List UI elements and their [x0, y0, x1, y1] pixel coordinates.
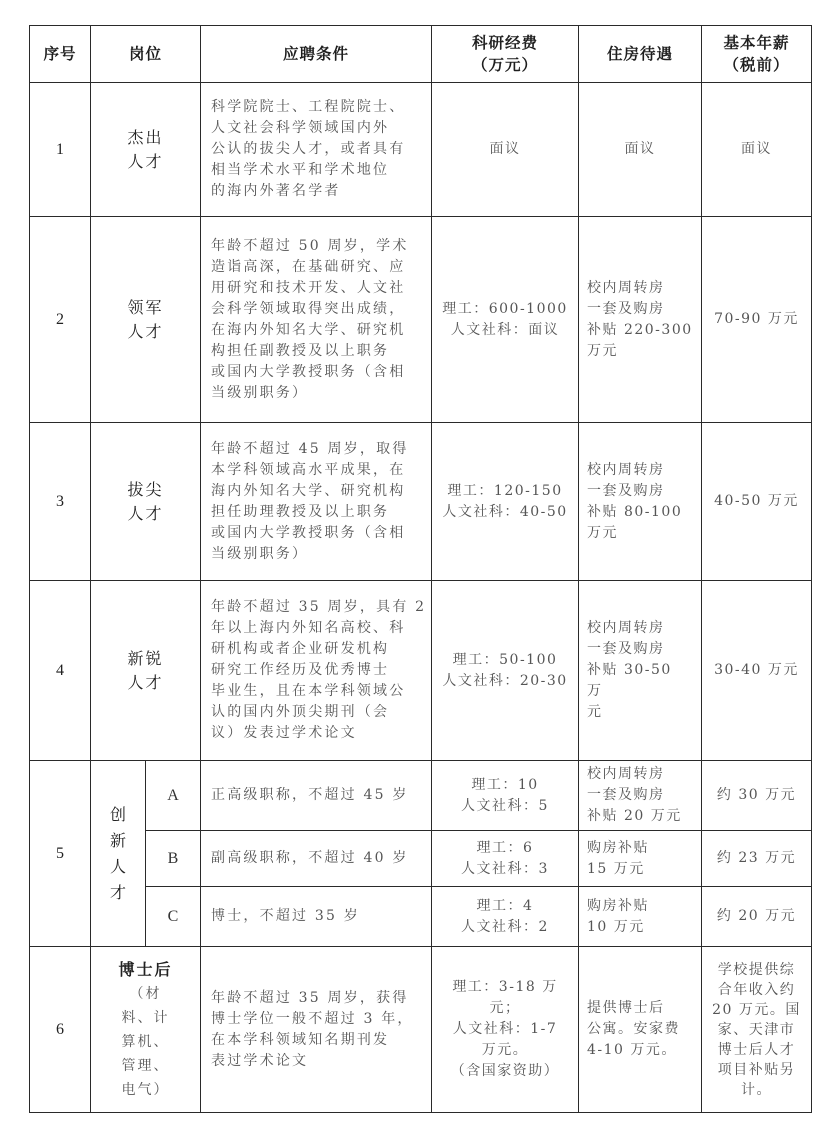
housing-cell: 面议	[579, 83, 702, 217]
salary-cell: 40-50 万元	[702, 423, 812, 581]
row-no: 5	[30, 761, 91, 947]
salary-cell: 学校提供综 合年收入约 20 万元。国 家、天津市 博士后人才 项目补贴另 计。	[702, 947, 812, 1113]
table-row: 3 拔尖 人才 年龄不超过 45 周岁，取得 本学科领域高水平成果，在 海内外知…	[30, 423, 812, 581]
position-name: 领军 人才	[91, 217, 201, 423]
requirements-cell: 年龄不超过 50 周岁，学术 造诣高深，在基础研究、应 用研究和技术开发、人文社…	[201, 217, 432, 423]
funding-cell: 理工：120-150 人文社科：40-50	[432, 423, 579, 581]
requirements-cell: 科学院院士、工程院院士、 人文社会科学领域国内外 公认的拔尖人才，或者具有 相当…	[201, 83, 432, 217]
funding-cell: 理工：50-100 人文社科：20-30	[432, 581, 579, 761]
funding-cell: 理工：3-18 万元； 人文社科：1-7 万元。 （含国家资助）	[432, 947, 579, 1113]
table-row: C 博士，不超过 35 岁 理工：4 人文社科：2 购房补贴 10 万元 约 2…	[30, 887, 812, 947]
header-salary: 基本年薪 （税前）	[702, 26, 812, 83]
position-name: 新锐 人才	[91, 581, 201, 761]
funding-cell: 理工：10 人文社科：5	[432, 761, 579, 831]
table-row: 1 杰出 人才 科学院院士、工程院院士、 人文社会科学领域国内外 公认的拔尖人才…	[30, 83, 812, 217]
header-funding: 科研经费 （万元）	[432, 26, 579, 83]
table-row: 2 领军 人才 年龄不超过 50 周岁，学术 造诣高深，在基础研究、应 用研究和…	[30, 217, 812, 423]
requirements-cell: 博士，不超过 35 岁	[201, 887, 432, 947]
requirements-cell: 副高级职称，不超过 40 岁	[201, 831, 432, 887]
salary-cell: 约 23 万元	[702, 831, 812, 887]
level-label: A	[146, 761, 201, 831]
table-row: 4 新锐 人才 年龄不超过 35 周岁，具有 2 年以上海内外知名高校、科 研机…	[30, 581, 812, 761]
position-name: 创 新 人 才	[91, 761, 146, 947]
housing-cell: 购房补贴 10 万元	[579, 887, 702, 947]
row-no: 2	[30, 217, 91, 423]
talent-recruitment-table: 序号 岗位 应聘条件 科研经费 （万元） 住房待遇 基本年薪 （税前） 1 杰出…	[29, 25, 812, 1113]
table-row: B 副高级职称，不超过 40 岁 理工：6 人文社科：3 购房补贴 15 万元 …	[30, 831, 812, 887]
salary-cell: 面议	[702, 83, 812, 217]
requirements-cell: 年龄不超过 35 周岁，获得 博士学位一般不超过 3 年， 在本学科领域知名期刊…	[201, 947, 432, 1113]
header-housing: 住房待遇	[579, 26, 702, 83]
row-no: 1	[30, 83, 91, 217]
requirements-cell: 正高级职称，不超过 45 岁	[201, 761, 432, 831]
table-row: 6 博士后 （材 料、计 算机、 管理、 电气） 年龄不超过 35 周岁，获得 …	[30, 947, 812, 1113]
requirements-cell: 年龄不超过 35 周岁，具有 2 年以上海内外知名高校、科 研机构或者企业研发机…	[201, 581, 432, 761]
housing-cell: 提供博士后 公寓。安家费 4-10 万元。	[579, 947, 702, 1113]
header-position: 岗位	[91, 26, 201, 83]
housing-cell: 校内周转房 一套及购房 补贴 30-50 万 元	[579, 581, 702, 761]
housing-cell: 校内周转房 一套及购房 补贴 220-300 万元	[579, 217, 702, 423]
table-row: 5 创 新 人 才 A 正高级职称，不超过 45 岁 理工：10 人文社科：5 …	[30, 761, 812, 831]
funding-cell: 理工：6 人文社科：3	[432, 831, 579, 887]
housing-cell: 购房补贴 15 万元	[579, 831, 702, 887]
funding-cell: 面议	[432, 83, 579, 217]
level-label: B	[146, 831, 201, 887]
housing-cell: 校内周转房 一套及购房 补贴 80-100 万元	[579, 423, 702, 581]
funding-cell: 理工：600-1000 人文社科：面议	[432, 217, 579, 423]
position-name: 杰出 人才	[91, 83, 201, 217]
position-name: 拔尖 人才	[91, 423, 201, 581]
row-no: 4	[30, 581, 91, 761]
header-no: 序号	[30, 26, 91, 83]
salary-cell: 30-40 万元	[702, 581, 812, 761]
row-no: 6	[30, 947, 91, 1113]
requirements-cell: 年龄不超过 45 周岁，取得 本学科领域高水平成果，在 海内外知名大学、研究机构…	[201, 423, 432, 581]
header-row: 序号 岗位 应聘条件 科研经费 （万元） 住房待遇 基本年薪 （税前）	[30, 26, 812, 83]
position-name: 博士后 （材 料、计 算机、 管理、 电气）	[91, 947, 201, 1113]
funding-cell: 理工：4 人文社科：2	[432, 887, 579, 947]
header-requirements: 应聘条件	[201, 26, 432, 83]
housing-cell: 校内周转房 一套及购房 补贴 20 万元	[579, 761, 702, 831]
salary-cell: 70-90 万元	[702, 217, 812, 423]
salary-cell: 约 30 万元	[702, 761, 812, 831]
salary-cell: 约 20 万元	[702, 887, 812, 947]
level-label: C	[146, 887, 201, 947]
row-no: 3	[30, 423, 91, 581]
